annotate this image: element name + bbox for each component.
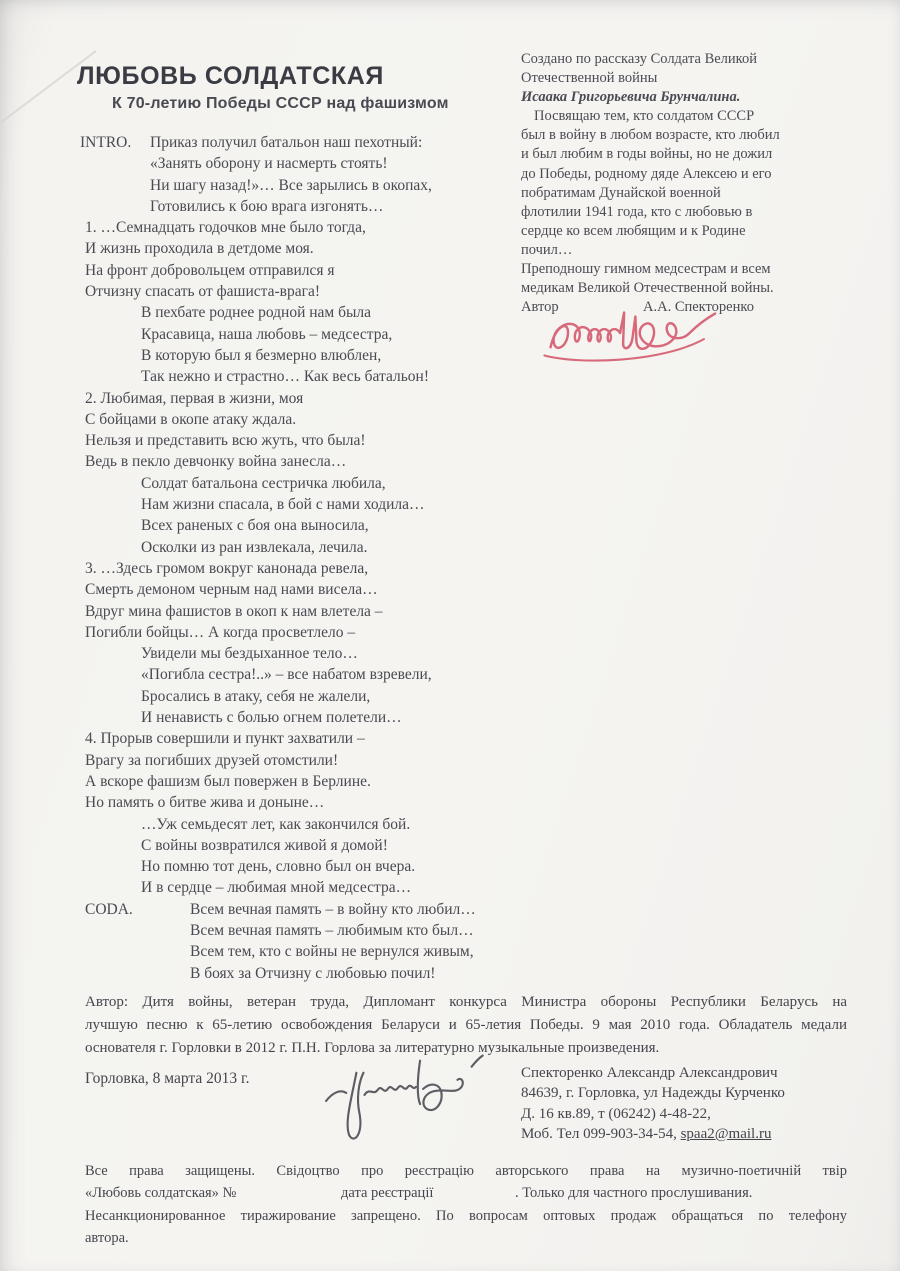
line-text: до Победы, родному дяде Алексею и его [521, 166, 772, 182]
line-text: Приказ получил батальон наш пехотный: [150, 134, 422, 151]
line-text: сердце ко всем любящим и к Родине [521, 223, 746, 239]
line-text: «Погибла сестра!..» – все набатом взреве… [141, 666, 432, 683]
author-signature-black-icon [318, 1046, 510, 1148]
contact-line: 84639, г. Горловка, ул Надежды Курченко [521, 1083, 866, 1103]
poem-line: Красавица, наша любовь – медсестра, [141, 324, 550, 345]
line-text: 4. Прорыв совершили и пункт захватили – [85, 730, 365, 747]
line-text: побратимам Дунайской военной [521, 185, 721, 201]
poem-line: Солдат батальона сестричка любила, [141, 473, 550, 494]
poem-line: 4. Прорыв совершили и пункт захватили – [85, 728, 550, 749]
poem-line: И ненависть с болью огнем полетели… [141, 707, 550, 728]
line-text: лучшую песню к 65-летию освобождения Бел… [85, 1017, 847, 1033]
scanned-page: ЛЮБОВЬ СОЛДАТСКАЯ К 70-летию Победы СССР… [0, 0, 900, 1271]
dedication-line: Преподношу гимном медсестрам и всем [521, 260, 877, 279]
poem-line: «Занять оборону и насмерть стоять! [150, 153, 550, 174]
line-text: Увидели мы бездыханное тело… [141, 645, 358, 662]
poem-line: Врагу за погибших друзей отомстили! [85, 750, 550, 771]
poem-line: Но помню тот день, словно был он вчера. [141, 856, 550, 877]
poem-line: И жизнь проходила в детдоме моя. [85, 238, 550, 259]
line-text: Солдат батальона сестричка любила, [141, 475, 386, 492]
bio-line: Автор: Дитя войны, ветеран труда, Диплом… [85, 991, 847, 1014]
poem-line: CODA.Всем вечная память – в войну кто лю… [190, 899, 550, 920]
line-text: Создано по рассказу Солдата Великой [521, 51, 757, 67]
dedication-line: и был любим в годы войны, но не дожил [521, 145, 877, 164]
line-text: Нам жизни спасала, в бой с нами ходила… [141, 496, 425, 513]
line-text: «Занять оборону и насмерть стоять! [150, 155, 388, 172]
line-text: Бросались в атаку, себя не жалели, [141, 688, 370, 705]
line-text: Но помню тот день, словно был он вчера. [141, 858, 415, 875]
poem-line: Увидели мы бездыханное тело… [141, 643, 550, 664]
line-text: Д. 16 кв.89, т (06242) 4-48-22, [521, 1106, 711, 1122]
line-text: Так нежно и страстно… Как весь батальон! [141, 368, 429, 385]
poem-line: Но память о битве жива и доныне… [85, 792, 550, 813]
poem-line: В которую был я безмерно влюблен, [141, 345, 550, 366]
dedication-line: флотилии 1941 года, кто с любовью в [521, 203, 877, 222]
line-text: А вскоре фашизм был повержен в Берлине. [85, 773, 371, 790]
line-text: В которую был я безмерно влюблен, [141, 347, 381, 364]
line-text: Всем вечная память – в войну кто любил… [190, 901, 476, 918]
line-text: И ненависть с болью огнем полетели… [141, 709, 402, 726]
contact-phone: Моб. Тел 099-903-34-54, [521, 1126, 681, 1142]
rights-line: Несанкционированное тиражирование запрещ… [85, 1205, 847, 1227]
poem-line: Всех раненых с боя она выносила, [141, 515, 550, 536]
line-text: С войны возвратился живой я домой! [141, 837, 388, 854]
line-text: 3. …Здесь громом вокруг канонада ревела, [85, 560, 368, 577]
poem-line: Смерть демоном черным над нами висела… [85, 579, 550, 600]
line-text: Отчизну спасать от фашиста-врага! [85, 283, 320, 300]
dedication-line: побратимам Дунайской военной [521, 184, 877, 203]
contact-line: Д. 16 кв.89, т (06242) 4-48-22, [521, 1104, 866, 1124]
line-text: Погибли бойцы… А когда просветлело – [85, 624, 355, 641]
line-text: Ведь в пекло девчонку война занесла… [85, 453, 346, 470]
poem-line: Всем вечная память – любимым кто был… [190, 920, 550, 941]
page-subtitle: К 70-летию Победы СССР над фашизмом [112, 95, 449, 113]
contact-line: Моб. Тел 099-903-34-54, spaa2@mail.ru [521, 1124, 866, 1144]
line-text: Преподношу гимном медсестрам и всем [521, 261, 771, 277]
place-and-date: Горловка, 8 марта 2013 г. [85, 1070, 249, 1088]
line-text: И в сердце – любимая мной медсестра… [141, 879, 411, 896]
poem-line: …Уж семьдесят лет, как закончился бой. [141, 814, 550, 835]
section-label: CODA. [85, 899, 133, 920]
bio-line: лучшую песню к 65-летию освобождения Бел… [85, 1014, 847, 1037]
rights-work-title: «Любовь солдатская» № [85, 1182, 236, 1204]
line-text: Врагу за погибших друзей отомстили! [85, 752, 338, 769]
poem-line: А вскоре фашизм был повержен в Берлине. [85, 771, 550, 792]
contact-block: Спекторенко Александр Александрович84639… [521, 1063, 866, 1144]
poem-line: На фронт добровольцем отправился я [85, 260, 550, 281]
line-text: На фронт добровольцем отправился я [85, 262, 334, 279]
line-text: И жизнь проходила в детдоме моя. [85, 240, 314, 257]
line-text: Исаака Григорьевича Брунчалина. [521, 89, 740, 105]
line-text: был в войну в любом возрасте, кто любил [521, 127, 780, 143]
line-text: …Уж семьдесят лет, как закончился бой. [141, 816, 410, 833]
poem-line: 1. …Семнадцать годочков мне было тогда, [85, 217, 550, 238]
dedication-line: Исаака Григорьевича Брунчалина. [521, 88, 877, 107]
poem-line: Погибли бойцы… А когда просветлело – [85, 622, 550, 643]
rights-registration-line: «Любовь солдатская» № дата реєстрації . … [85, 1182, 847, 1204]
line-text: Ни шагу назад!»… Все зарылись в окопах, [150, 177, 432, 194]
section-label: INTRO. [80, 132, 131, 153]
line-text: флотилии 1941 года, кто с любовью в [521, 204, 752, 220]
poem-line: 3. …Здесь громом вокруг канонада ревела, [85, 558, 550, 579]
line-text: Спекторенко Александр Александрович [521, 1065, 778, 1081]
line-text: В пехбате роднее родной нам была [141, 304, 371, 321]
rights-private-use: . Только для частного прослушивания. [515, 1182, 752, 1204]
line-text: 1. …Семнадцать годочков мне было тогда, [85, 219, 366, 236]
poem-line: Нам жизни спасала, в бой с нами ходила… [141, 494, 550, 515]
dedication-line: Отечественной войны [521, 69, 877, 88]
line-text: С бойцами в окопе атаку ждала. [85, 411, 296, 428]
poem-line: Ведь в пекло девчонку война занесла… [85, 451, 550, 472]
line-text: Осколки из ран извлекала, лечила. [141, 539, 368, 556]
rights-notice: Все права защищены. Свідоцтво про реєстр… [85, 1160, 847, 1249]
dedication-block: Создано по рассказу Солдата ВеликойОтече… [521, 50, 877, 298]
poem-line: Всем тем, кто с войны не вернулся живым, [190, 941, 550, 962]
dedication-line: сердце ко всем любящим и к Родине [521, 222, 877, 241]
poem-line: И в сердце – любимая мной медсестра… [141, 877, 550, 898]
poem-line: Отчизну спасать от фашиста-врага! [85, 281, 550, 302]
dedication-line: Посвящаю тем, кто солдатом СССР [521, 107, 877, 126]
poem-line: В боях за Отчизну с любовью почил! [190, 963, 550, 984]
rights-line: автора. [85, 1227, 847, 1249]
line-text: Готовились к бою врага изгонять… [150, 198, 383, 215]
dedication-line: почил… [521, 241, 877, 260]
author-signature-red-icon [538, 288, 743, 380]
line-text: Смерть демоном черным над нами висела… [85, 581, 378, 598]
poem-line: INTRO.Приказ получил батальон наш пехотн… [150, 132, 550, 153]
email-link[interactable]: spaa2@mail.ru [681, 1126, 772, 1142]
poem-line: «Погибла сестра!..» – все набатом взреве… [141, 664, 550, 685]
line-text: Всех раненых с боя она выносила, [141, 517, 369, 534]
line-text: Посвящаю тем, кто солдатом СССР [534, 108, 754, 124]
line-text: Всем вечная память – любимым кто был… [190, 922, 474, 939]
dedication-line: до Победы, родному дяде Алексею и его [521, 165, 877, 184]
poem-line: Ни шагу назад!»… Все зарылись в окопах, [150, 175, 550, 196]
poem-line: Бросались в атаку, себя не жалели, [141, 686, 550, 707]
dedication-line: Создано по рассказу Солдата Великой [521, 50, 877, 69]
line-text: Красавица, наша любовь – медсестра, [141, 326, 392, 343]
line-text: 84639, г. Горловка, ул Надежды Курченко [521, 1085, 785, 1101]
poem-line: 2. Любимая, первая в жизни, моя [85, 388, 550, 409]
contact-line: Спекторенко Александр Александрович [521, 1063, 866, 1083]
line-text: Всем тем, кто с войны не вернулся живым, [190, 943, 474, 960]
line-text: Но память о битве жива и доныне… [85, 794, 324, 811]
line-text: и был любим в годы войны, но не дожил [521, 146, 772, 162]
line-text: 2. Любимая, первая в жизни, моя [85, 390, 303, 407]
poem-line: С войны возвратился живой я домой! [141, 835, 550, 856]
poem-line: Вдруг мина фашистов в окоп к нам влетела… [85, 601, 550, 622]
page-title: ЛЮБОВЬ СОЛДАТСКАЯ [77, 63, 384, 91]
rights-reg-date-label: дата реєстрації [341, 1182, 433, 1204]
poem-line: Так нежно и страстно… Как весь батальон! [141, 366, 550, 387]
line-text: Отечественной войны [521, 70, 657, 86]
dedication-line: был в войну в любом возрасте, кто любил [521, 126, 877, 145]
poem-line: Готовились к бою врага изгонять… [150, 196, 550, 217]
poem-line: В пехбате роднее родной нам была [141, 302, 550, 323]
poem-line: С бойцами в окопе атаку ждала. [85, 409, 550, 430]
poem-line: Осколки из ран извлекала, лечила. [141, 537, 550, 558]
line-text: Нельзя и представить всю жуть, что была! [85, 432, 366, 449]
poem-body: INTRO.Приказ получил батальон наш пехотн… [80, 132, 550, 984]
line-text: Вдруг мина фашистов в окоп к нам влетела… [85, 603, 383, 620]
line-text: В боях за Отчизну с любовью почил! [190, 965, 435, 982]
poem-line: Нельзя и представить всю жуть, что была! [85, 430, 550, 451]
rights-line: Все права защищены. Свідоцтво про реєстр… [85, 1160, 847, 1182]
line-text: Автор: Дитя войны, ветеран труда, Диплом… [85, 994, 847, 1010]
